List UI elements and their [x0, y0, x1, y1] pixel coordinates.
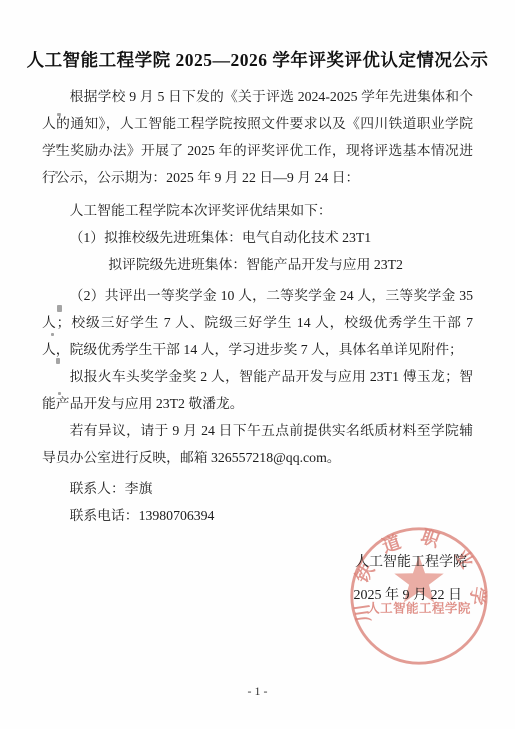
document-page: 人工智能工程学院 2025—2026 学年评奖评优认定情况公示 根据学校 9 月…: [0, 0, 515, 729]
paragraph-item-1: （1）拟推校级先进班集体：电气自动化技术 23T1: [42, 224, 473, 251]
scan-artifact: [56, 144, 59, 148]
signature-date: 2025 年 9 月 22 日: [354, 584, 468, 604]
signature-block: 人工智能工程学院 2025 年 9 月 22 日: [354, 551, 468, 604]
page-title: 人工智能工程学院 2025—2026 学年评奖评优认定情况公示: [0, 0, 515, 72]
contact-person: 联系人：李旗: [42, 475, 473, 502]
document-body: 根据学校 9 月 5 日下发的《关于评选 2024-2025 学年先进集体和个人…: [0, 72, 515, 529]
paragraph-objection: 若有异议，请于 9 月 24 日下午五点前提供实名纸质材料至学院辅导员办公室进行…: [42, 417, 473, 471]
signature-org: 人工智能工程学院: [354, 551, 468, 571]
paragraph-intro: 根据学校 9 月 5 日下发的《关于评选 2024-2025 学年先进集体和个人…: [42, 83, 473, 191]
paragraph-item-1b: 拟评院级先进班集体：智能产品开发与应用 23T2: [42, 251, 473, 278]
paragraph-item-2: （2）共评出一等奖学金 10 人，二等奖学金 24 人，三等奖学金 35 人；校…: [42, 282, 473, 363]
scan-artifact: [51, 333, 54, 336]
scan-artifact: [58, 392, 61, 395]
scan-artifact: [57, 113, 61, 116]
page-number: - 1 -: [0, 684, 515, 699]
scan-artifact: [55, 171, 58, 174]
paragraph-locomotive-award: 拟报火车头奖学金奖 2 人，智能产品开发与应用 23T1 傅玉龙；智能产品开发与…: [42, 363, 473, 417]
paragraph-results-heading: 人工智能工程学院本次评奖评优结果如下：: [42, 197, 473, 224]
scan-artifact: [57, 305, 62, 312]
scan-artifact: [56, 358, 60, 364]
